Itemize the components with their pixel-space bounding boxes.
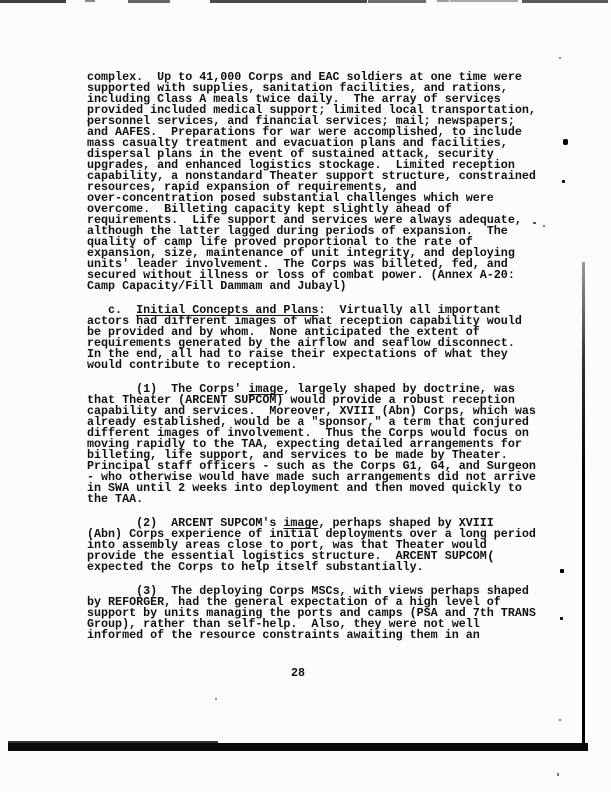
- page-number: 28: [0, 666, 596, 680]
- scan-speck: [559, 719, 561, 721]
- para-1-corps-image: (1) The Corps' image, largely shaped by …: [87, 384, 557, 505]
- scan-speck: [562, 180, 565, 183]
- scan-speck: [557, 773, 559, 776]
- text-line: Camp Capacity/Fill Dammam and Jubayl): [87, 281, 557, 292]
- text-line: would contribute to reception.: [87, 360, 557, 371]
- scan-bottom-bar-step: [8, 741, 218, 743]
- document-page: ( complex. Up to 41,000 Corps and EAC so…: [0, 0, 611, 792]
- scan-bottom-bar: [8, 743, 588, 751]
- text-segment: would contribute to reception.: [87, 358, 297, 372]
- scan-edge-top-segment: [437, 0, 449, 2]
- scan-speck: [560, 617, 563, 620]
- scan-edge-top-segment: [85, 0, 95, 2]
- text-line: the TAA.: [87, 494, 557, 505]
- scan-speck: [563, 139, 568, 145]
- text-segment: in SWA until 2 weeks into deployment and…: [87, 481, 522, 495]
- document-body: complex. Up to 41,000 Corps and EAC sold…: [87, 72, 557, 654]
- text-line: in SWA until 2 weeks into deployment and…: [87, 483, 557, 494]
- para-camp-complex: complex. Up to 41,000 Corps and EAC sold…: [87, 72, 557, 292]
- text-line: expected the Corps to help itself substa…: [87, 562, 557, 573]
- scan-edge-top-segment: [368, 0, 426, 3]
- scan-edge-top-segment: [522, 0, 608, 3]
- scan-speck: [559, 57, 561, 59]
- text-segment: the TAA.: [87, 492, 143, 506]
- scan-edge-top-segment: [128, 0, 170, 3]
- para-3-deploying-corps-mscs: (3) The deploying Corps MSCs, with views…: [87, 586, 557, 641]
- scan-speck: [215, 698, 217, 700]
- text-segment: Camp Capacity/Fill Dammam and Jubayl): [87, 279, 347, 293]
- text-segment: expected the Corps to help itself substa…: [87, 560, 424, 574]
- scan-edge-top-segment: [450, 0, 518, 2]
- para-2-arcent-supcom-image: (2) ARCENT SUPCOM's image, perhaps shape…: [87, 518, 557, 573]
- para-c-initial-concepts: c. Initial Concepts and Plans: Virtually…: [87, 305, 557, 371]
- scan-speck: [560, 569, 564, 573]
- text-line: informed of the resource constraints awa…: [87, 630, 557, 641]
- scan-edge-top-segment: [0, 0, 66, 3]
- text-segment: informed of the resource constraints awa…: [87, 628, 480, 642]
- scan-edge-top-segment: [210, 0, 367, 3]
